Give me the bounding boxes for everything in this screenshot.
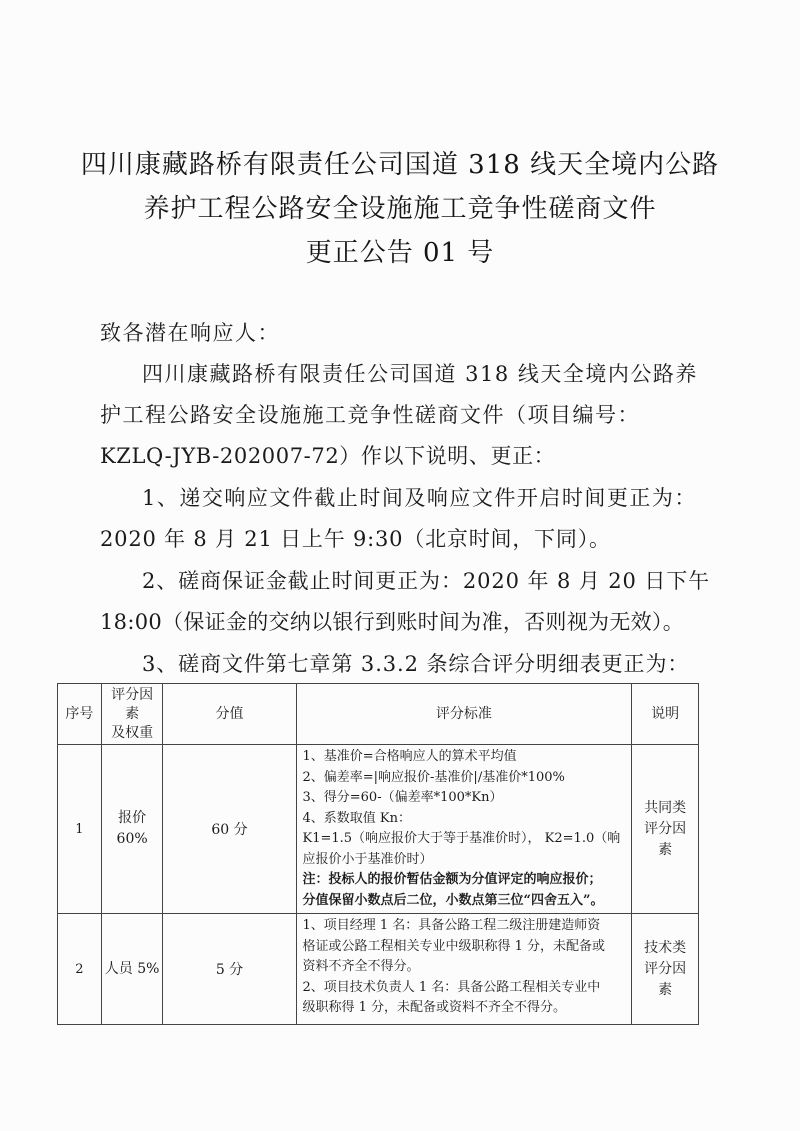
criteria-line: 4、系数取值 Kn： xyxy=(303,809,628,830)
table-row: 1 报价 60% 60 分 1、基准价=合格响应人的算术平均值 2、偏差率=|响… xyxy=(58,745,699,914)
criteria-line: 格证或公路工程相关专业中级职称得 1 分，未配备或 xyxy=(303,937,628,958)
header-factor-line: 素 xyxy=(102,705,163,724)
criteria-note-line: 分值保留小数点后二位，小数点第三位“四舍五入”。 xyxy=(303,891,628,912)
table-header-row: 序号 评分因 素 及权重 分值 评分标准 说明 xyxy=(58,684,699,745)
criteria-line: 2、偏差率=|响应报价-基准价|/基准价*100% xyxy=(303,768,628,789)
note-line: 共同类 xyxy=(638,798,692,819)
note-line: 评分因 xyxy=(638,819,692,840)
criteria-line: 3、得分=60-（偏差率*100*Kn） xyxy=(303,788,628,809)
cell-criteria: 1、项目经理 1 名：具备公路工程二级注册建造师资 格证或公路工程相关专业中级职… xyxy=(296,914,632,1025)
note-line: 素 xyxy=(638,840,692,861)
cell-seq: 2 xyxy=(58,914,102,1025)
cell-note: 共同类 评分因 素 xyxy=(632,745,699,914)
intro-line-2: 护工程公路安全设施施工竞争性磋商文件（项目编号： xyxy=(100,395,640,435)
note-line: 评分因 xyxy=(638,959,692,980)
criteria-note-line: 注：投标人的报价暂估金额为分值评定的响应报价； xyxy=(303,870,628,891)
header-factor-line: 评分因 xyxy=(102,686,163,705)
document-page: 四川康藏路桥有限责任公司国道 318 线天全境内公路 养护工程公路安全设施施工竞… xyxy=(0,0,800,1131)
header-criteria: 评分标准 xyxy=(296,684,632,745)
item2-line-2: 18:00（保证金的交纳以银行到账时间为准，否则视为无效）。 xyxy=(100,602,684,642)
title-line-1: 四川康藏路桥有限责任公司国道 318 线天全境内公路 xyxy=(0,143,800,187)
item2-line-1: 2、磋商保证金截止时间更正为：2020 年 8 月 20 日下午 xyxy=(142,561,710,601)
criteria-line: 级职称得 1 分，未配备或资料不齐全不得分。 xyxy=(303,998,628,1019)
factor-line: 60% xyxy=(102,829,163,850)
criteria-line: 应报价小于基准价时） xyxy=(303,850,628,871)
header-seq: 序号 xyxy=(58,684,102,745)
header-note: 说明 xyxy=(632,684,699,745)
criteria-line: 2、项目技术负责人 1 名：具备公路工程相关专业中 xyxy=(303,978,628,999)
header-value: 分值 xyxy=(163,684,296,745)
header-factor-line: 及权重 xyxy=(102,724,163,743)
cell-note: 技术类 评分因 素 xyxy=(632,914,699,1025)
cell-factor: 报价 60% xyxy=(101,745,163,914)
criteria-line: 1、基准价=合格响应人的算术平均值 xyxy=(303,747,628,768)
intro-line-1: 四川康藏路桥有限责任公司国道 318 线天全境内公路养 xyxy=(142,354,698,394)
criteria-line: 1、项目经理 1 名：具备公路工程二级注册建造师资 xyxy=(303,916,628,937)
title-line-3: 更正公告 01 号 xyxy=(0,231,800,275)
cell-seq: 1 xyxy=(58,745,102,914)
factor-line: 报价 xyxy=(102,808,163,829)
factor-line: 人员 5% xyxy=(102,959,163,980)
salutation: 致各潜在响应人： xyxy=(100,313,280,353)
cell-value: 5 分 xyxy=(163,914,296,1025)
note-line: 素 xyxy=(638,980,692,1001)
cell-criteria: 1、基准价=合格响应人的算术平均值 2、偏差率=|响应报价-基准价|/基准价*1… xyxy=(296,745,632,914)
cell-value: 60 分 xyxy=(163,745,296,914)
intro-line-3: KZLQ-JYB-202007-72）作以下说明、更正： xyxy=(100,436,555,476)
criteria-line: 资料不齐全不得分。 xyxy=(303,957,628,978)
note-line: 技术类 xyxy=(638,938,692,959)
header-factor: 评分因 素 及权重 xyxy=(101,684,163,745)
item3-line: 3、磋商文件第七章第 3.3.2 条综合评分明细表更正为： xyxy=(142,644,689,684)
scoring-table: 序号 评分因 素 及权重 分值 评分标准 说明 1 报价 60% 60 分 xyxy=(57,683,699,1025)
document-title: 四川康藏路桥有限责任公司国道 318 线天全境内公路 养护工程公路安全设施施工竞… xyxy=(0,143,800,275)
title-line-2: 养护工程公路安全设施施工竞争性磋商文件 xyxy=(0,187,800,231)
item1-line-1: 1、递交响应文件截止时间及响应文件开启时间更正为： xyxy=(142,478,697,518)
table-row: 2 人员 5% 5 分 1、项目经理 1 名：具备公路工程二级注册建造师资 格证… xyxy=(58,914,699,1025)
cell-factor: 人员 5% xyxy=(101,914,163,1025)
criteria-line: K1=1.5（响应报价大于等于基准价时）， K2=1.0（响 xyxy=(303,829,628,850)
item1-line-2: 2020 年 8 月 21 日上午 9:30（北京时间，下同）。 xyxy=(100,519,611,559)
